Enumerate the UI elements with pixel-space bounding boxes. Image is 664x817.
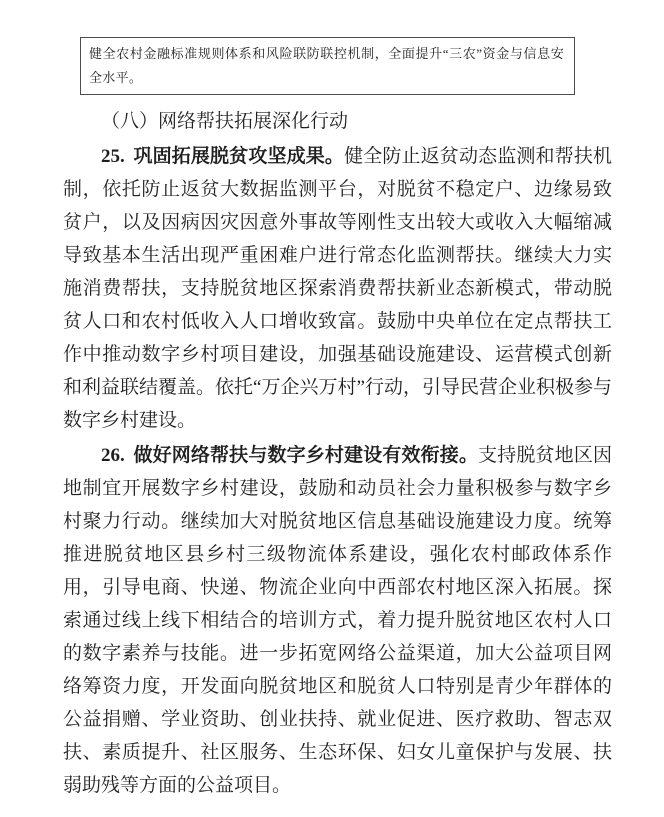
paragraph-25-lead: 巩固拓展脱贫攻坚成果。 bbox=[133, 146, 344, 167]
document-page: 健全农村金融标准规则体系和风险联防联控机制，全面提升“三农”资金与信息安全水平。… bbox=[0, 0, 664, 817]
section-heading: （八）网络帮扶拓展深化行动 bbox=[63, 106, 612, 138]
paragraph-26-lead: 做好网络帮扶与数字乡村建设有效衔接。 bbox=[133, 445, 478, 466]
paragraph-25: 25.巩固拓展脱贫攻坚成果。健全防止返贫动态监测和帮扶机制，依托防止返贫大数据监… bbox=[63, 140, 612, 437]
paragraph-25-number: 25. bbox=[101, 146, 125, 167]
paragraph-25-body: 健全防止返贫动态监测和帮扶机制，依托防止返贫大数据监测平台，对脱贫不稳定户、边缘… bbox=[63, 146, 612, 431]
notice-box-text: 健全农村金融标准规则体系和风险联防联控机制，全面提升“三农”资金与信息安全水平。 bbox=[89, 42, 564, 90]
paragraph-26-body: 支持脱贫地区因地制宜开展数字乡村建设，鼓励和动员社会力量积极参与数字乡村聚力行动… bbox=[63, 445, 612, 796]
paragraph-26: 26.做好网络帮扶与数字乡村建设有效衔接。支持脱贫地区因地制宜开展数字乡村建设，… bbox=[63, 439, 612, 802]
notice-box: 健全农村金融标准规则体系和风险联防联控机制，全面提升“三农”资金与信息安全水平。 bbox=[80, 37, 575, 95]
paragraph-26-number: 26. bbox=[101, 445, 125, 466]
